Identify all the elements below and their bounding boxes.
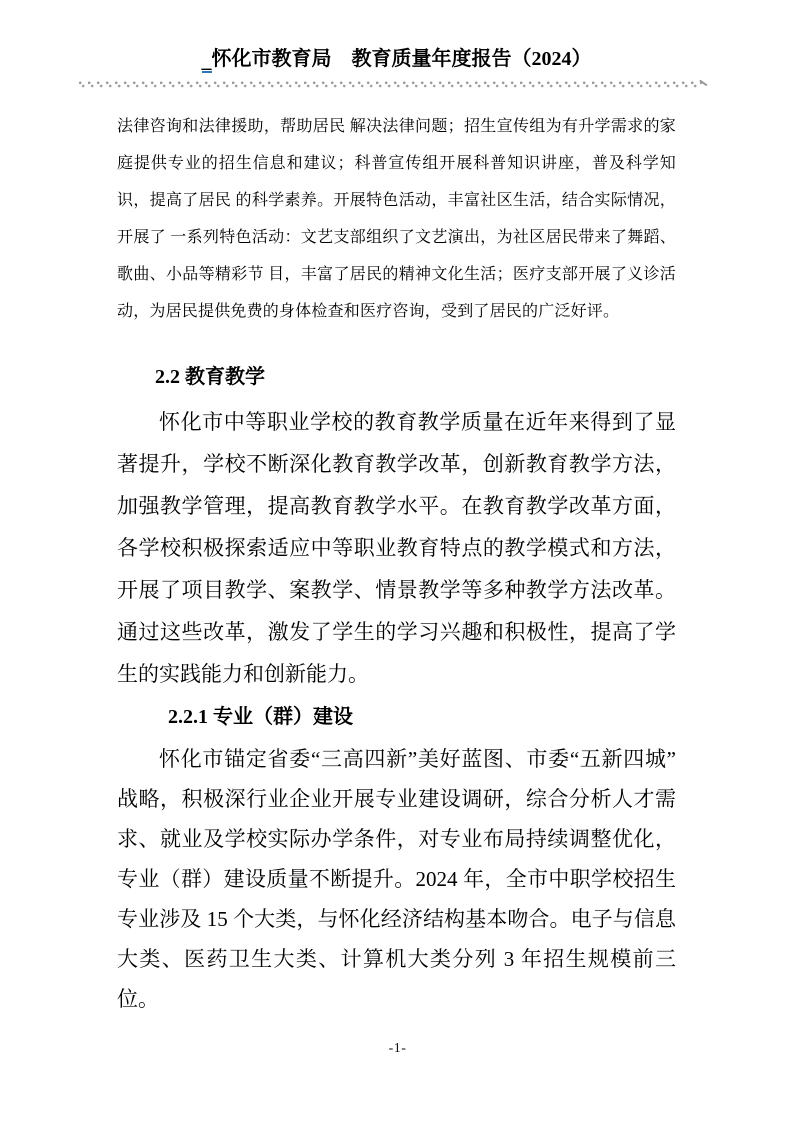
section-heading-2-2-1: 2.2.1 专业（群）建设 xyxy=(117,703,676,731)
section-2-2-paragraph: 怀化市中等职业学校的教育教学质量在近年来得到了显著提升，学校不断深化教育教学改革… xyxy=(117,401,676,695)
header-dotted-border xyxy=(78,81,702,88)
section-2-2-1-paragraph: 怀化市锚定省委“三高四新”美好蓝图、市委“五新四城”战略，积极深行业企业开展专业… xyxy=(117,739,676,1019)
header-title: 怀化市教育局 教育质量年度报告（2024） xyxy=(212,48,592,70)
intro-paragraph: 法律咨询和法律援助，帮助居民 解决法律问题；招生宣传组为有升学需求的家庭提供专业… xyxy=(117,108,676,330)
border-end-stroke-icon xyxy=(699,80,707,86)
page-header: _怀化市教育局 教育质量年度报告（2024） xyxy=(0,46,793,88)
page-body: 法律咨询和法律援助，帮助居民 解决法律问题；招生宣传组为有升学需求的家庭提供专业… xyxy=(117,108,676,1019)
header-title-row: _怀化市教育局 教育质量年度报告（2024） xyxy=(0,46,793,72)
page-footer: - 1 - xyxy=(0,1040,793,1058)
revision-insert-mark: _ xyxy=(202,51,212,73)
page-number: - 1 - xyxy=(389,1041,405,1056)
document-page: _怀化市教育局 教育质量年度报告（2024） 法律咨询和法律援助，帮助居民 解决… xyxy=(0,0,793,1122)
section-heading-2-2: 2.2 教育教学 xyxy=(117,363,676,391)
